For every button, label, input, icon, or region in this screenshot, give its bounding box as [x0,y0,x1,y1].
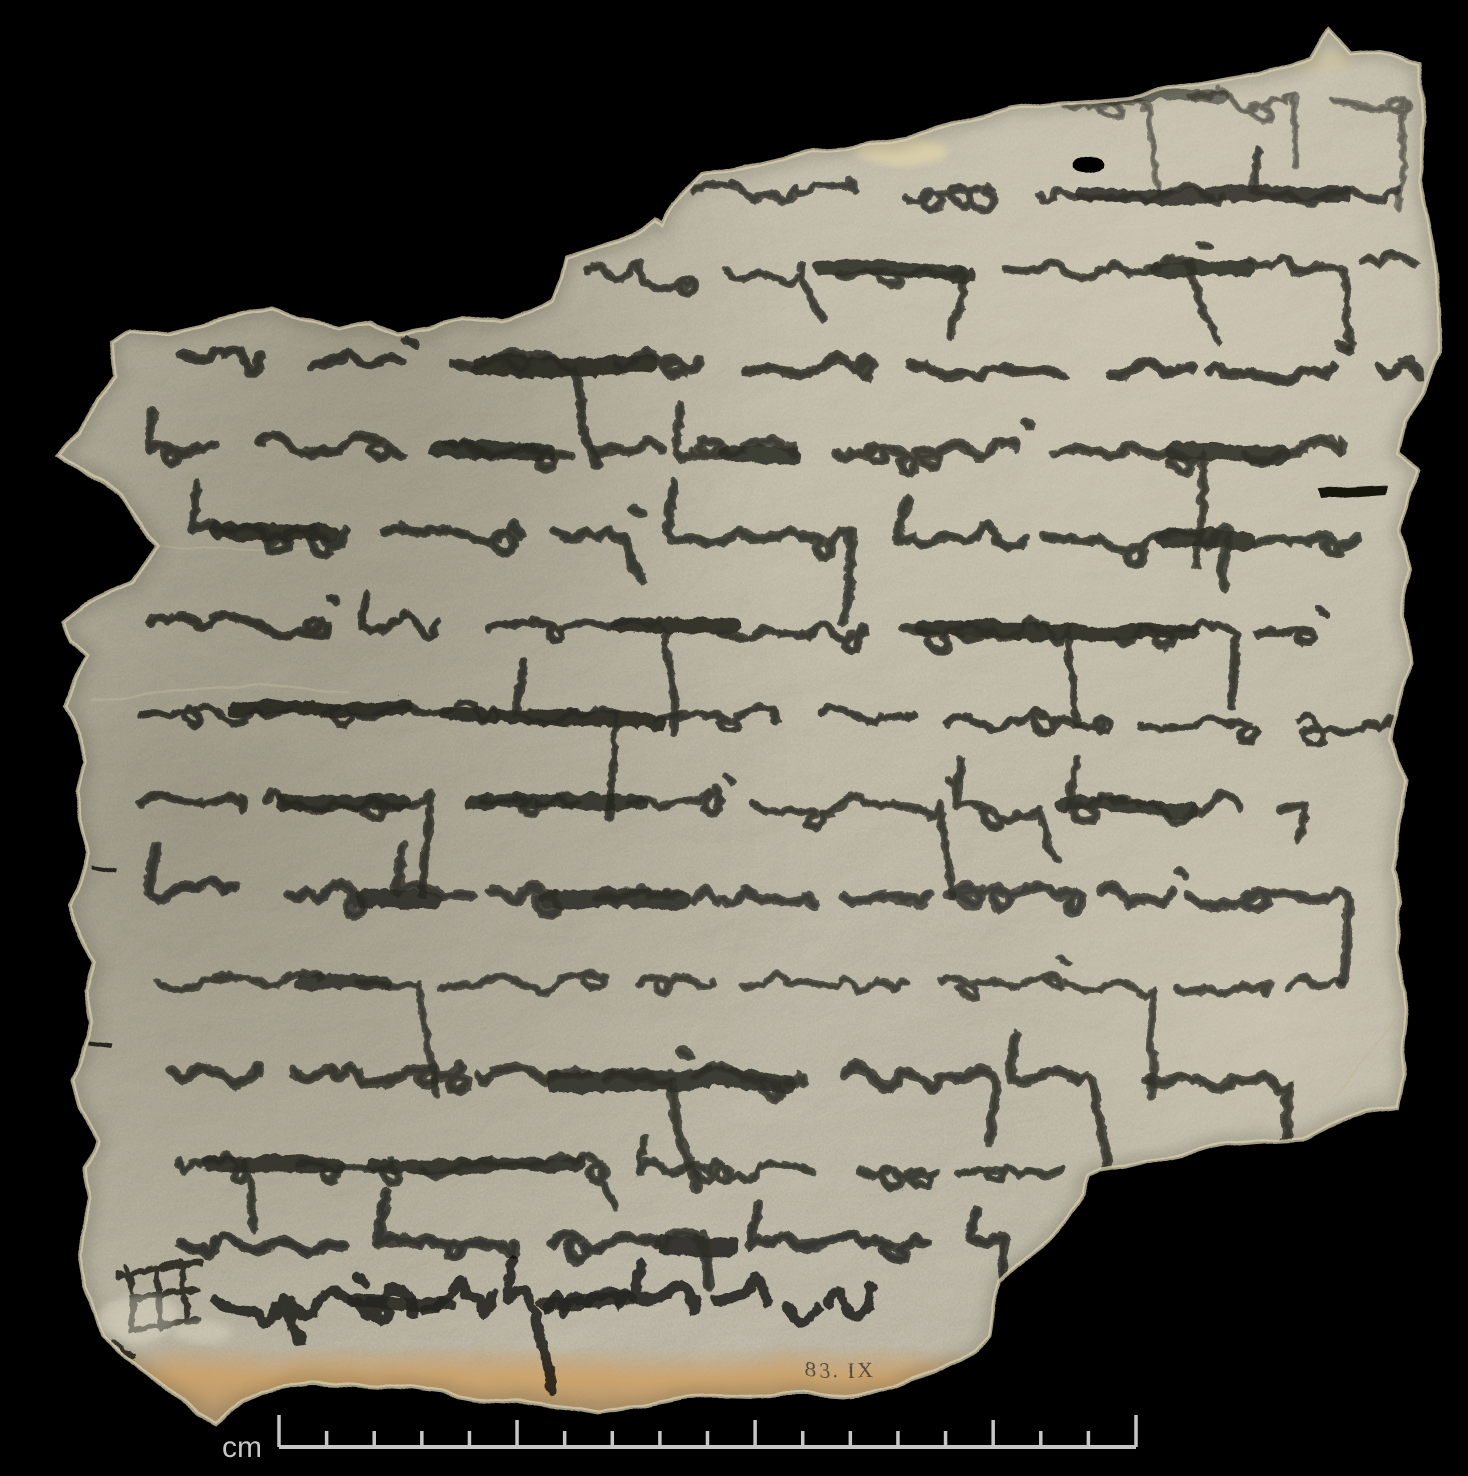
catalog-mark: 83. IX [808,1359,877,1383]
fiber-fuzz [98,1294,182,1342]
fiber-fuzz [177,1323,233,1347]
scale-unit-label: cm [222,1431,262,1464]
photo-stage: 83. IX cm [0,0,1468,1476]
